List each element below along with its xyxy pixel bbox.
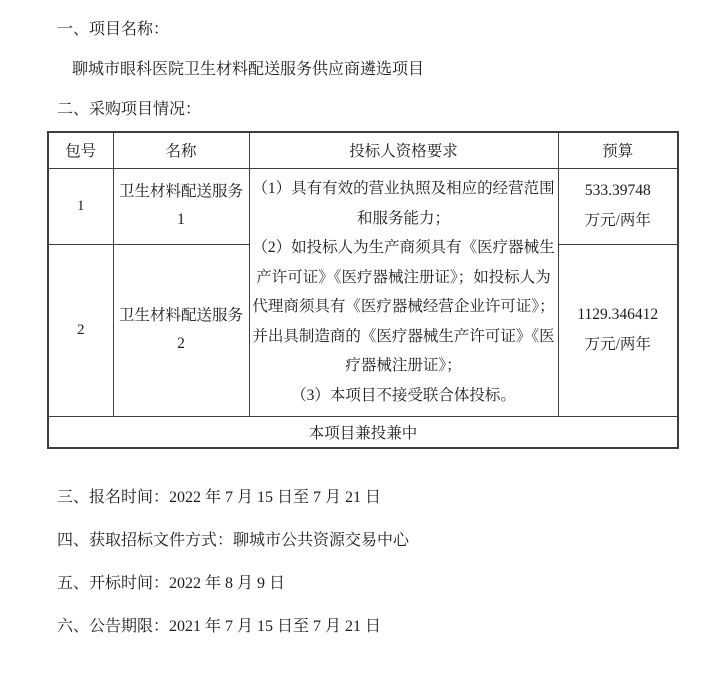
footer-item-bid-opening-time: 五、开标时间：2022 年 8 月 9 日 [57, 574, 285, 594]
cell-package-no-2: 2 [48, 244, 113, 416]
requirement-item-2: （2）如投标人为生产商须具有《医疗器械生产许可证》《医疗器械注册证》；如投标人为… [250, 233, 558, 381]
budget-amount-1: 533.39748 [559, 176, 678, 206]
requirement-item-3: （3）本项目不接受联合体投标。 [250, 381, 558, 411]
cell-budget-2: 1129.346412 万元/两年 [558, 244, 678, 416]
footer-item-announcement-period: 六、公告期限：2021 年 7 月 15 日至 7 月 21 日 [57, 617, 381, 637]
cell-qualification-requirements: （1）具有有效的营业执照及相应的经营范围和服务能力； （2）如投标人为生产商须具… [249, 168, 558, 416]
footer-item-registration-time: 三、报名时间：2022 年 7 月 15 日至 7 月 21 日 [57, 488, 381, 508]
requirement-item-1: （1）具有有效的营业执照及相应的经营范围和服务能力； [250, 174, 558, 233]
cell-name-1: 卫生材料配送服务 1 [113, 168, 249, 244]
header-name: 名称 [113, 132, 249, 168]
cell-name-2: 卫生材料配送服务 2 [113, 244, 249, 416]
budget-amount-2: 1129.346412 [559, 300, 678, 330]
header-qualification: 投标人资格要求 [249, 132, 558, 168]
header-budget: 预算 [558, 132, 678, 168]
project-name: 聊城市眼科医院卫生材料配送服务供应商遴选项目 [72, 60, 424, 80]
table-footer-note: 本项目兼投兼中 [48, 416, 678, 448]
budget-unit-1: 万元/两年 [559, 206, 678, 236]
procurement-table: 包号 名称 投标人资格要求 预算 1 卫生材料配送服务 1 （1）具有有效的营业… [47, 131, 679, 449]
cell-package-no-1: 1 [48, 168, 113, 244]
table-footer-row: 本项目兼投兼中 [48, 416, 678, 448]
document-page: 一、项目名称： 聊城市眼科医院卫生材料配送服务供应商遴选项目 二、采购项目情况：… [0, 0, 708, 677]
section-1-heading: 一、项目名称： [57, 20, 169, 40]
section-2-heading: 二、采购项目情况： [57, 100, 201, 120]
table-row-package-1: 1 卫生材料配送服务 1 （1）具有有效的营业执照及相应的经营范围和服务能力； … [48, 168, 678, 244]
budget-unit-2: 万元/两年 [559, 330, 678, 360]
table-header-row: 包号 名称 投标人资格要求 预算 [48, 132, 678, 168]
footer-item-document-access: 四、获取招标文件方式：聊城市公共资源交易中心 [57, 531, 409, 551]
cell-budget-1: 533.39748 万元/两年 [558, 168, 678, 244]
header-package-no: 包号 [48, 132, 113, 168]
